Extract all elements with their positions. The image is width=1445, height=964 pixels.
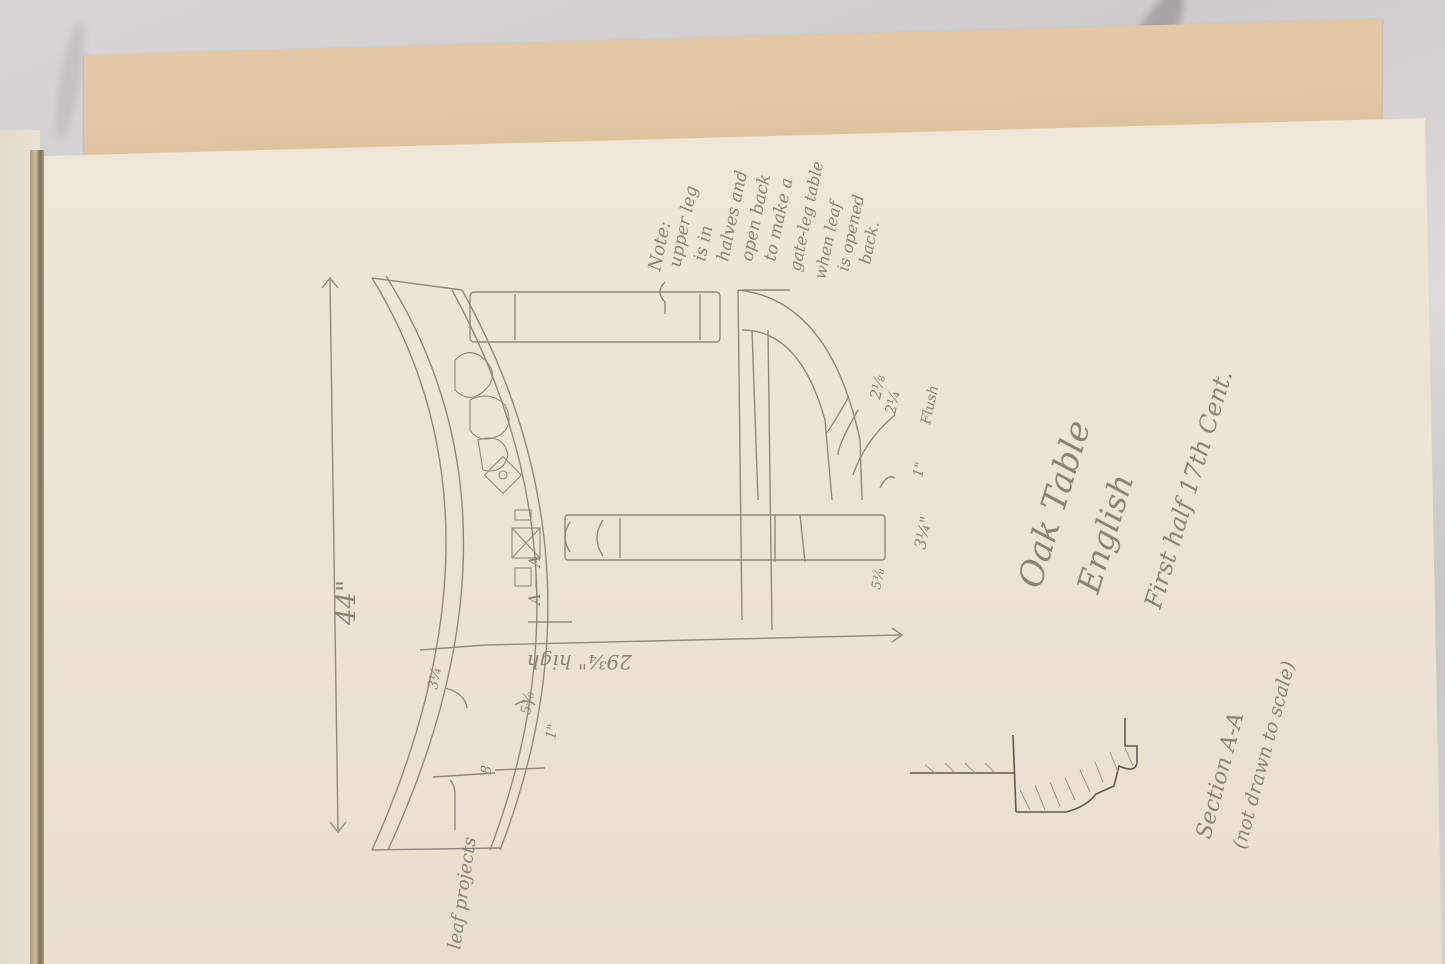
- dim-5-3-8-lower: 5⅜: [518, 690, 538, 715]
- dim-2-1-4: 2¼: [881, 389, 904, 417]
- height-label: 29¾" high: [527, 650, 633, 674]
- dim-arrow: [838, 410, 858, 455]
- dim-1-inch-lower: 1": [543, 723, 561, 741]
- section-marker-label: A — A: [525, 556, 544, 607]
- leaf-arrow: [450, 780, 455, 830]
- dim-3-1-4: 3¼: [425, 666, 445, 691]
- dim-arrow: [445, 688, 467, 708]
- upper-stretcher: [470, 292, 720, 342]
- height-dimension: [420, 628, 902, 650]
- dim-line: [495, 768, 545, 770]
- section-profile: [910, 718, 1137, 812]
- overall-width-dimension: [322, 278, 346, 832]
- dim-flush: Flush: [918, 384, 942, 427]
- leaf-note: leaf projects: [444, 836, 481, 951]
- title-line3: First half 17th Cent.: [1139, 366, 1239, 612]
- table-top-edge: [372, 276, 548, 850]
- turned-leg: [565, 515, 885, 562]
- section-sublabel: (not drawn to scale): [1229, 659, 1300, 852]
- pencil-drawing: Oak Table English First half 17th Cent. …: [0, 0, 1445, 964]
- dim-arrow: [853, 415, 895, 475]
- note-arrow: [660, 282, 665, 314]
- dim-3-3-4: 3¼": [910, 515, 935, 551]
- overall-width-label: 44": [332, 580, 362, 626]
- dim-1-inch: 1": [910, 460, 929, 478]
- curved-bracket: [738, 290, 862, 630]
- dim-8: 8: [478, 764, 495, 776]
- dim-arrow: [826, 398, 848, 433]
- dim-5-3-8: 5⅜: [869, 567, 888, 591]
- dim-arrow: [880, 477, 895, 488]
